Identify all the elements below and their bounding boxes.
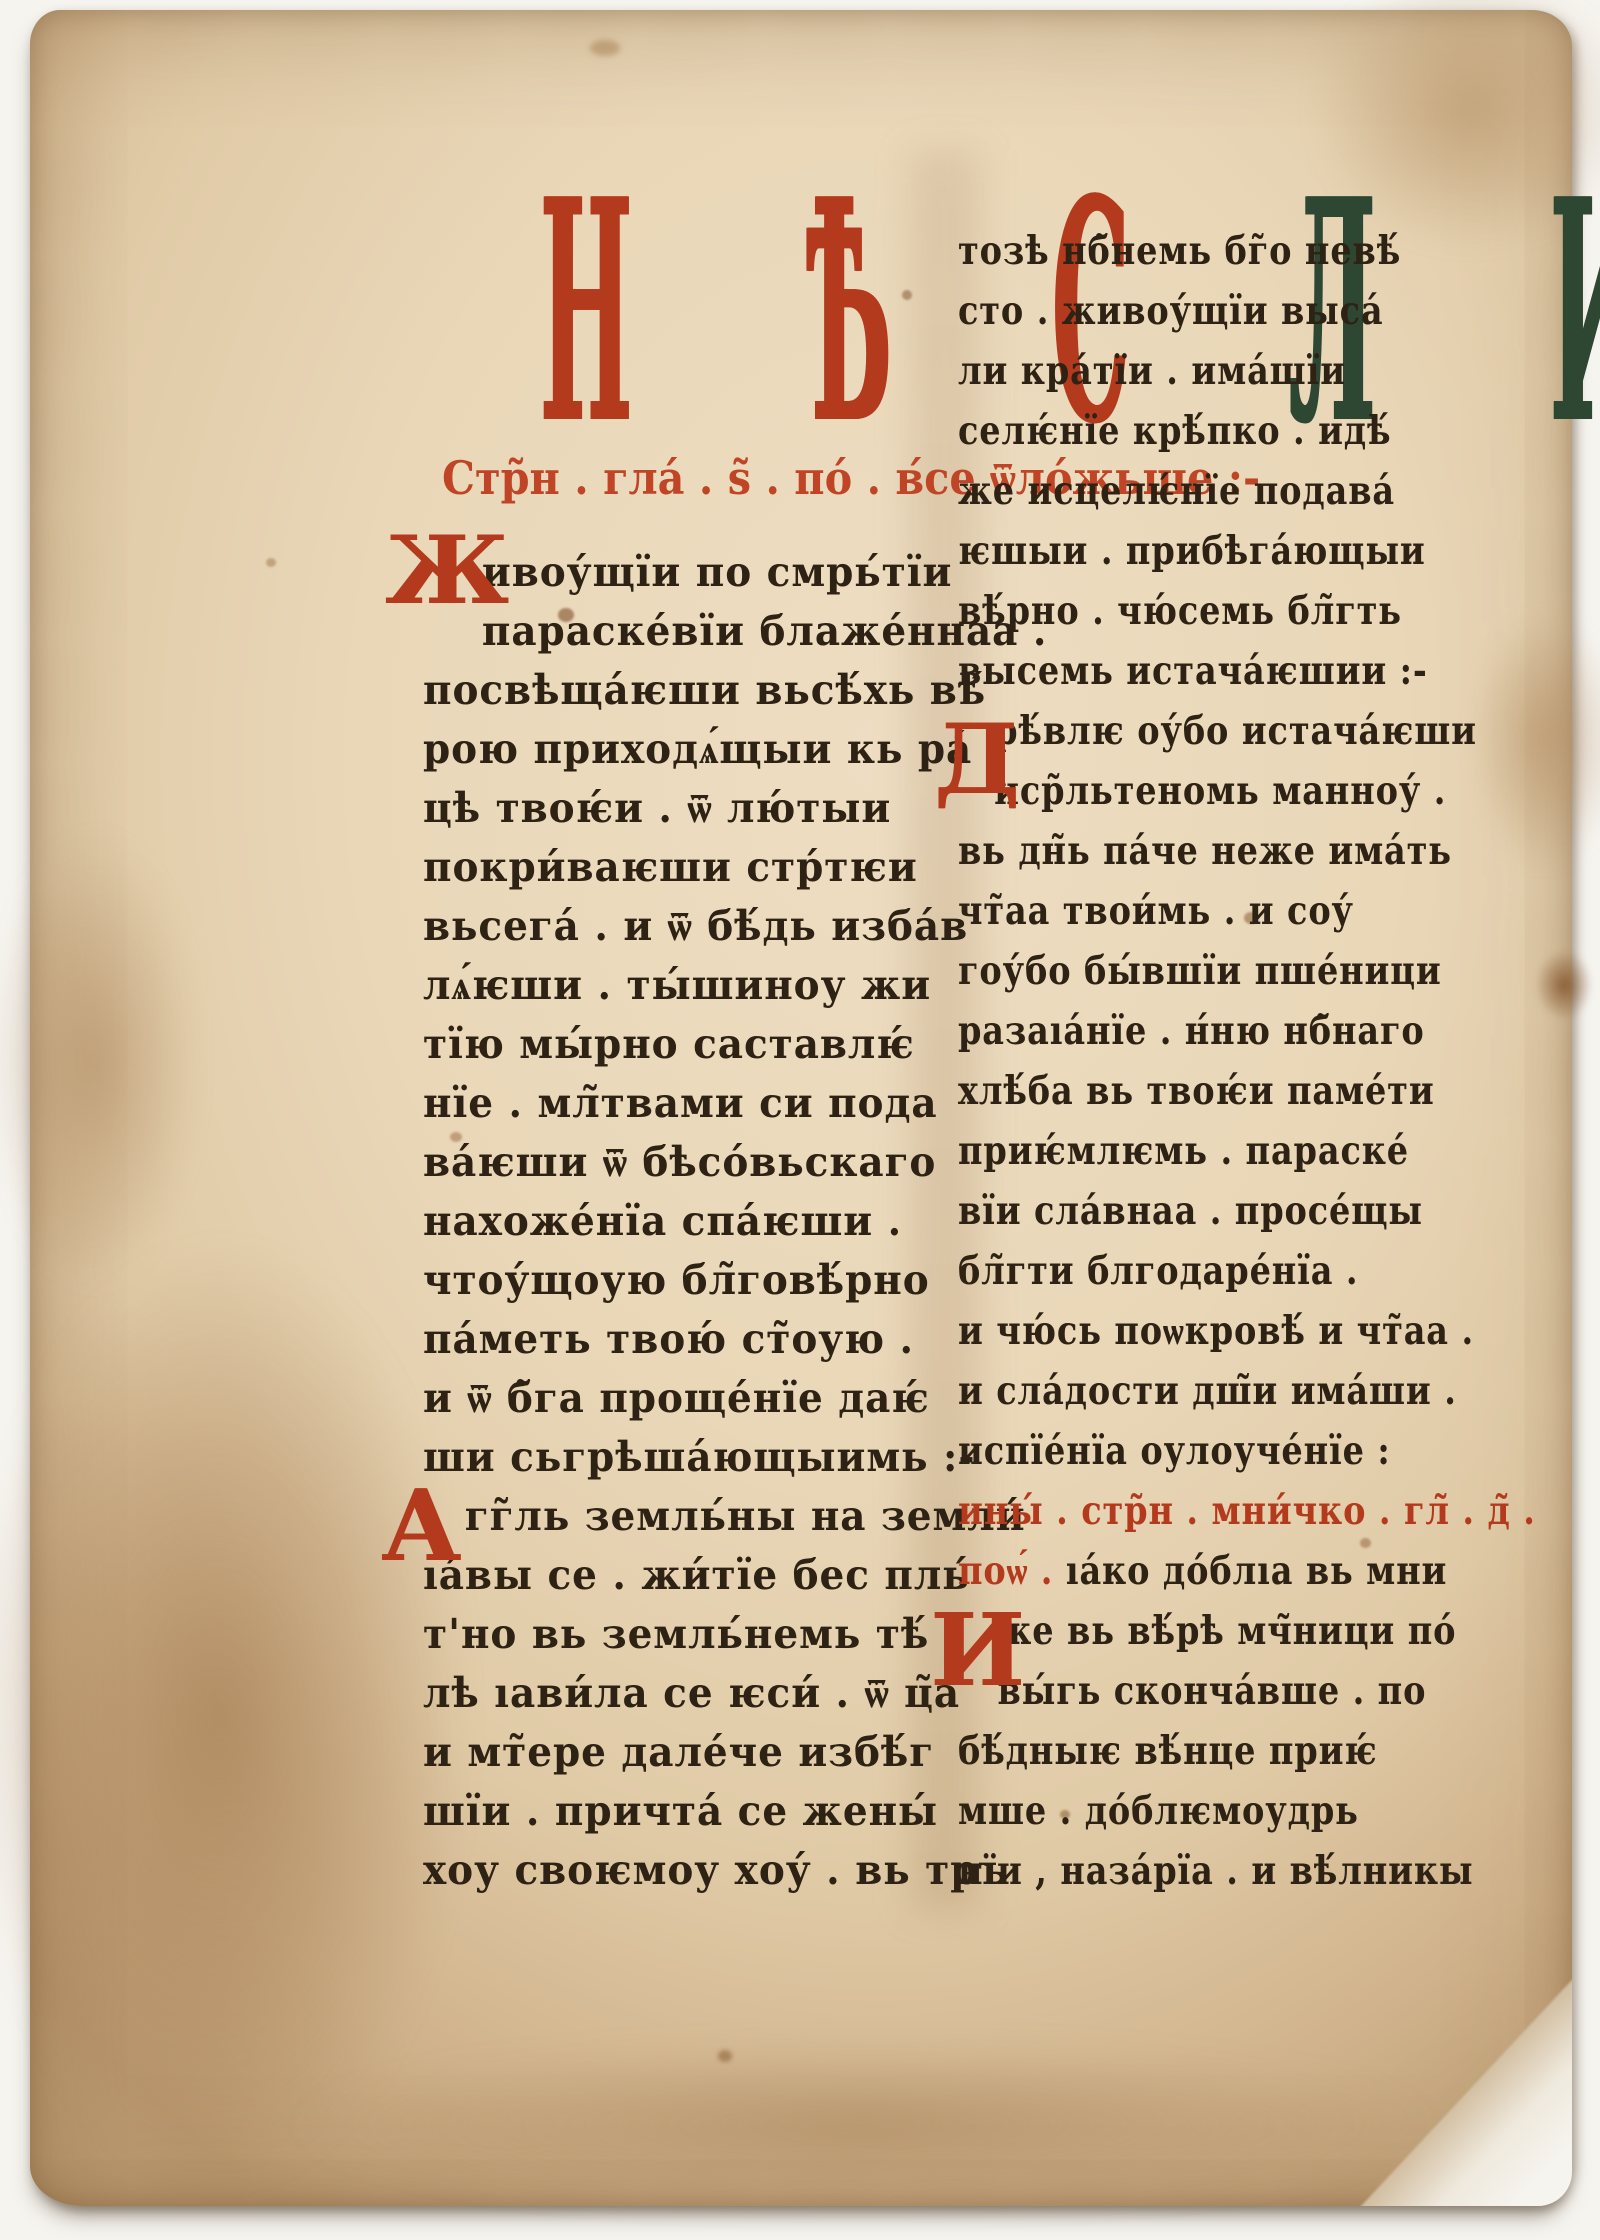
text-segment: мше . до́блѥмоудрь [958, 1788, 1359, 1834]
text-segment: сто . живоу́щїи выса́ [958, 288, 1384, 334]
text-line: ѥшыи . прибѣга́ющыи [958, 528, 1426, 575]
text-line: нїи , наза́рїа . и вѣ́лникы [958, 1848, 1473, 1895]
foxing-spot [266, 558, 276, 567]
text-segment: вь дн̃ь па́че неже има́ть [958, 828, 1452, 874]
drop-cap-initial: Ж [385, 524, 508, 618]
text-segment: рою приходѧ́щыи кь ра́ [423, 725, 972, 773]
drop-cap-initial: Д [934, 712, 1019, 808]
text-segment: ѥшыи . прибѣга́ющыи [958, 528, 1426, 574]
text-line: бл̃гти блгодаре́нїа . [958, 1248, 1358, 1295]
foxing-spot [718, 2050, 732, 2062]
text-line: хлѣ́ба вь твоѥ́и паме́ти [958, 1068, 1435, 1115]
text-segment: и сла́дости дш̃и има́ши . [958, 1368, 1457, 1414]
text-line: параске́вїи блаже́ннаа . [423, 607, 1047, 656]
text-segment: тозѣ нб̃немь бг̃о невѣ́ [958, 228, 1401, 274]
text-line: бѣ́дныѥ вѣ́нце приѥ́ [958, 1728, 1378, 1775]
text-segment: цѣ твоѥ́и . ѿ лю́тыи [423, 784, 891, 832]
text-line: чт̃аа твои́мь . и соу́ [958, 888, 1354, 935]
text-line: тозѣ нб̃немь бг̃о невѣ́ [958, 228, 1401, 275]
vyaz-letter-box: И [1460, 172, 1600, 437]
text-line: вы́гь сконча́вше . по [958, 1668, 1426, 1715]
scan-background: { "manuscript": { "description": "Church… [0, 0, 1600, 2240]
text-line: же исцелѥ́нїе подава́ [958, 468, 1395, 515]
stain-left-edge [0, 830, 200, 1290]
rubric-segment: поѡ́ . [958, 1548, 1066, 1594]
text-segment: иср̃льтеномь манноу́ . [994, 768, 1446, 814]
text-segment: и чю́сь поѡкровѣ́ и чт̃аа . [958, 1308, 1474, 1354]
text-line: посвѣща́ѥши вьсѣ́хь вѣ́ [423, 666, 986, 715]
text-segment: лѧ́ѥши . ты́шиноу жи [423, 961, 931, 1009]
text-line: вь дн̃ь па́че неже има́ть [958, 828, 1452, 875]
text-segment: же исцелѥ́нїе подава́ [958, 468, 1395, 514]
text-line: ва́ѥши ѿ бѣсо́вьскаго [423, 1138, 936, 1187]
text-line: лѧ́ѥши . ты́шиноу жи [423, 961, 931, 1010]
text-line: гоу́бо бы́вшїи пше́ници [958, 948, 1442, 995]
text-line: хоу своѥмоу хоу́ . вь тръ [423, 1846, 1009, 1895]
text-line: ины́ . стр̃н . мни́чко . гл̃ . д̃ . [958, 1488, 1536, 1535]
foxing-spot [1360, 1538, 1371, 1548]
text-line: же вь вѣ́рѣ мч̃ници по́ [958, 1608, 1456, 1655]
drop-cap-initial: А [381, 1478, 461, 1576]
text-line: вѣ́рно . чю́семь бл̃гть [958, 588, 1402, 635]
text-line: вїи сла́внаа . просе́щы [958, 1188, 1423, 1235]
text-line: нахоже́нїа спа́ѥши . [423, 1197, 902, 1246]
text-segment: бѣ́дныѥ вѣ́нце приѥ́ [958, 1728, 1378, 1774]
text-line: чтоу́щоую бл̃говѣ́рно [423, 1256, 930, 1305]
stain-bottom-left [0, 1240, 470, 2190]
rubric-segment: ины́ . стр̃н . мни́чко . гл̃ . д̃ . [958, 1488, 1536, 1534]
text-segment: гоу́бо бы́вшїи пше́ници [958, 948, 1442, 994]
stain-right-edge [1470, 610, 1600, 870]
vyaz-letter-box: Ѣ [722, 172, 976, 437]
text-segment: разаıа́нїе . н́ню нб̃наго [958, 1008, 1425, 1054]
text-line: нїе . мл̃твами си пода [423, 1079, 938, 1128]
page-corner-curl [1322, 1966, 1572, 2206]
vyaz-letter-box: Н [450, 172, 722, 437]
text-line: сто . живоу́щїи выса́ [958, 288, 1384, 335]
text-segment: чт̃аа твои́мь . и соу́ [958, 888, 1354, 934]
text-line: ıа́вы се . жи́тїе бес пль́ [423, 1551, 970, 1600]
text-segment: же вь вѣ́рѣ мч̃ници по́ [998, 1608, 1457, 1654]
foxing-spot [590, 40, 620, 56]
text-line: па́меть твою́ ст̃оую . [423, 1315, 914, 1364]
text-segment: ши сьгрѣша́ющыимь :- [423, 1433, 975, 1481]
text-line: гг̃ль земль́ны на земли́ [423, 1492, 1026, 1541]
text-line: тїю мы́рно саставлѥ́ [423, 1020, 915, 1069]
text-line: и мт̃ере дале́че избѣ́г [423, 1728, 934, 1777]
text-line: разаıа́нїе . н́ню нб̃наго [958, 1008, 1425, 1055]
text-segment: нїи , наза́рїа . и вѣ́лникы [958, 1848, 1473, 1894]
vyaz-letter: И [1549, 172, 1600, 453]
text-segment: хлѣ́ба вь твоѥ́и паме́ти [958, 1068, 1435, 1114]
text-line: шїи . причта́ се жены́ [423, 1787, 938, 1836]
text-segment: селѥ́нїе крѣ́пко . идѣ́ [958, 408, 1391, 454]
text-segment: гг̃ль земль́ны на земли́ [465, 1492, 1026, 1540]
text-segment: вьсега́ . и ѿ бѣ́дь изба́в [423, 902, 968, 950]
text-line: ши сьгрѣша́ющыимь :- [423, 1433, 975, 1482]
text-segment: и ѿ б̃га проще́нїе даѥ́ [423, 1374, 930, 1422]
text-line: и ѿ б̃га проще́нїе даѥ́ [423, 1374, 930, 1423]
text-line: и сла́дости дш̃и има́ши . [958, 1368, 1457, 1415]
text-segment: ивоу́щїи по смрь́тїи [482, 548, 952, 596]
text-segment: покри́ваѥши стр́тѥи [423, 843, 918, 891]
text-segment: вы́гь сконча́вше . по [998, 1668, 1427, 1714]
text-segment: вѣ́рно . чю́семь бл̃гть [958, 588, 1402, 634]
text-line: и чю́сь поѡкровѣ́ и чт̃аа . [958, 1308, 1474, 1355]
text-segment: ıа́вы се . жи́тїе бес пль́ [423, 1551, 970, 1599]
text-segment: высемь истача́ѥшии :- [958, 648, 1428, 694]
text-segment: шїи . причта́ се жены́ [423, 1787, 938, 1835]
text-line: иср̃льтеномь манноу́ . [958, 768, 1446, 815]
text-segment: тїю мы́рно саставлѥ́ [423, 1020, 915, 1068]
text-line: мше . до́блѥмоудрь [958, 1788, 1359, 1835]
text-segment: т'но вь земль́немь тѣ́ [423, 1610, 929, 1658]
text-line: покри́ваѥши стр́тѥи [423, 843, 918, 892]
text-line: рою приходѧ́щыи кь ра́ [423, 725, 972, 774]
text-line: приѥ́млѥмь . параске́ [958, 1128, 1409, 1175]
text-segment: бл̃гти блгодаре́нїа . [958, 1248, 1358, 1294]
manuscript-leaf: НѢСЛИЦЄНЫ Стр̃н . гла́ . ѕ̃ . по́ . в́се… [30, 10, 1572, 2206]
text-line: поѡ́ . ıа́ко до́блıа вь мни [958, 1548, 1447, 1595]
text-line: цѣ твоѥ́и . ѿ лю́тыи [423, 784, 891, 833]
text-line: т'но вь земль́немь тѣ́ [423, 1610, 929, 1659]
stain-bottom-band [290, 2040, 1440, 2210]
text-segment: ıа́ко до́блıа вь мни [1066, 1548, 1447, 1594]
drop-cap-initial: И [930, 1600, 1024, 1700]
text-segment: посвѣща́ѥши вьсѣ́хь вѣ́ [423, 666, 986, 714]
text-line: рѣ́влѥ оу́бо истача́ѥши [958, 708, 1477, 755]
text-segment: испїе́нїа оулоуче́нїе : [958, 1428, 1391, 1474]
text-line: лѣ ıави́ла се ѥси́ . ѿ ц̃а [423, 1669, 960, 1718]
text-segment: ва́ѥши ѿ бѣсо́вьскаго [423, 1138, 936, 1186]
spot-right-mid [1535, 950, 1593, 1020]
vyaz-letter: Ѣ [806, 172, 892, 453]
text-line: ли кра́тїи . има́шїи [958, 348, 1346, 395]
text-line: высемь истача́ѥшии :- [958, 648, 1428, 695]
vyaz-title: НѢСЛИЦЄНЫ [450, 172, 964, 440]
vyaz-letter: Н [540, 172, 633, 453]
text-line: вьсега́ . и ѿ бѣ́дь изба́в [423, 902, 968, 951]
text-line: испїе́нїа оулоуче́нїе : [958, 1428, 1391, 1475]
text-segment: и мт̃ере дале́че избѣ́г [423, 1728, 934, 1776]
text-segment: рѣ́влѥ оу́бо истача́ѥши [994, 708, 1477, 754]
text-segment: приѥ́млѥмь . параске́ [958, 1128, 1409, 1174]
text-segment: чтоу́щоую бл̃говѣ́рно [423, 1256, 930, 1304]
text-line: селѥ́нїе крѣ́пко . идѣ́ [958, 408, 1391, 455]
text-segment: вїи сла́внаа . просе́щы [958, 1188, 1423, 1234]
text-segment: па́меть твою́ ст̃оую . [423, 1315, 914, 1363]
text-segment: нїе . мл̃твами си пода [423, 1079, 938, 1127]
text-segment: ли кра́тїи . има́шїи [958, 348, 1346, 394]
text-segment: нахоже́нїа спа́ѥши . [423, 1197, 902, 1245]
text-segment: лѣ ıави́ла се ѥси́ . ѿ ц̃а [423, 1669, 960, 1717]
text-segment: хоу своѥмоу хоу́ . вь тръ [423, 1846, 1009, 1894]
